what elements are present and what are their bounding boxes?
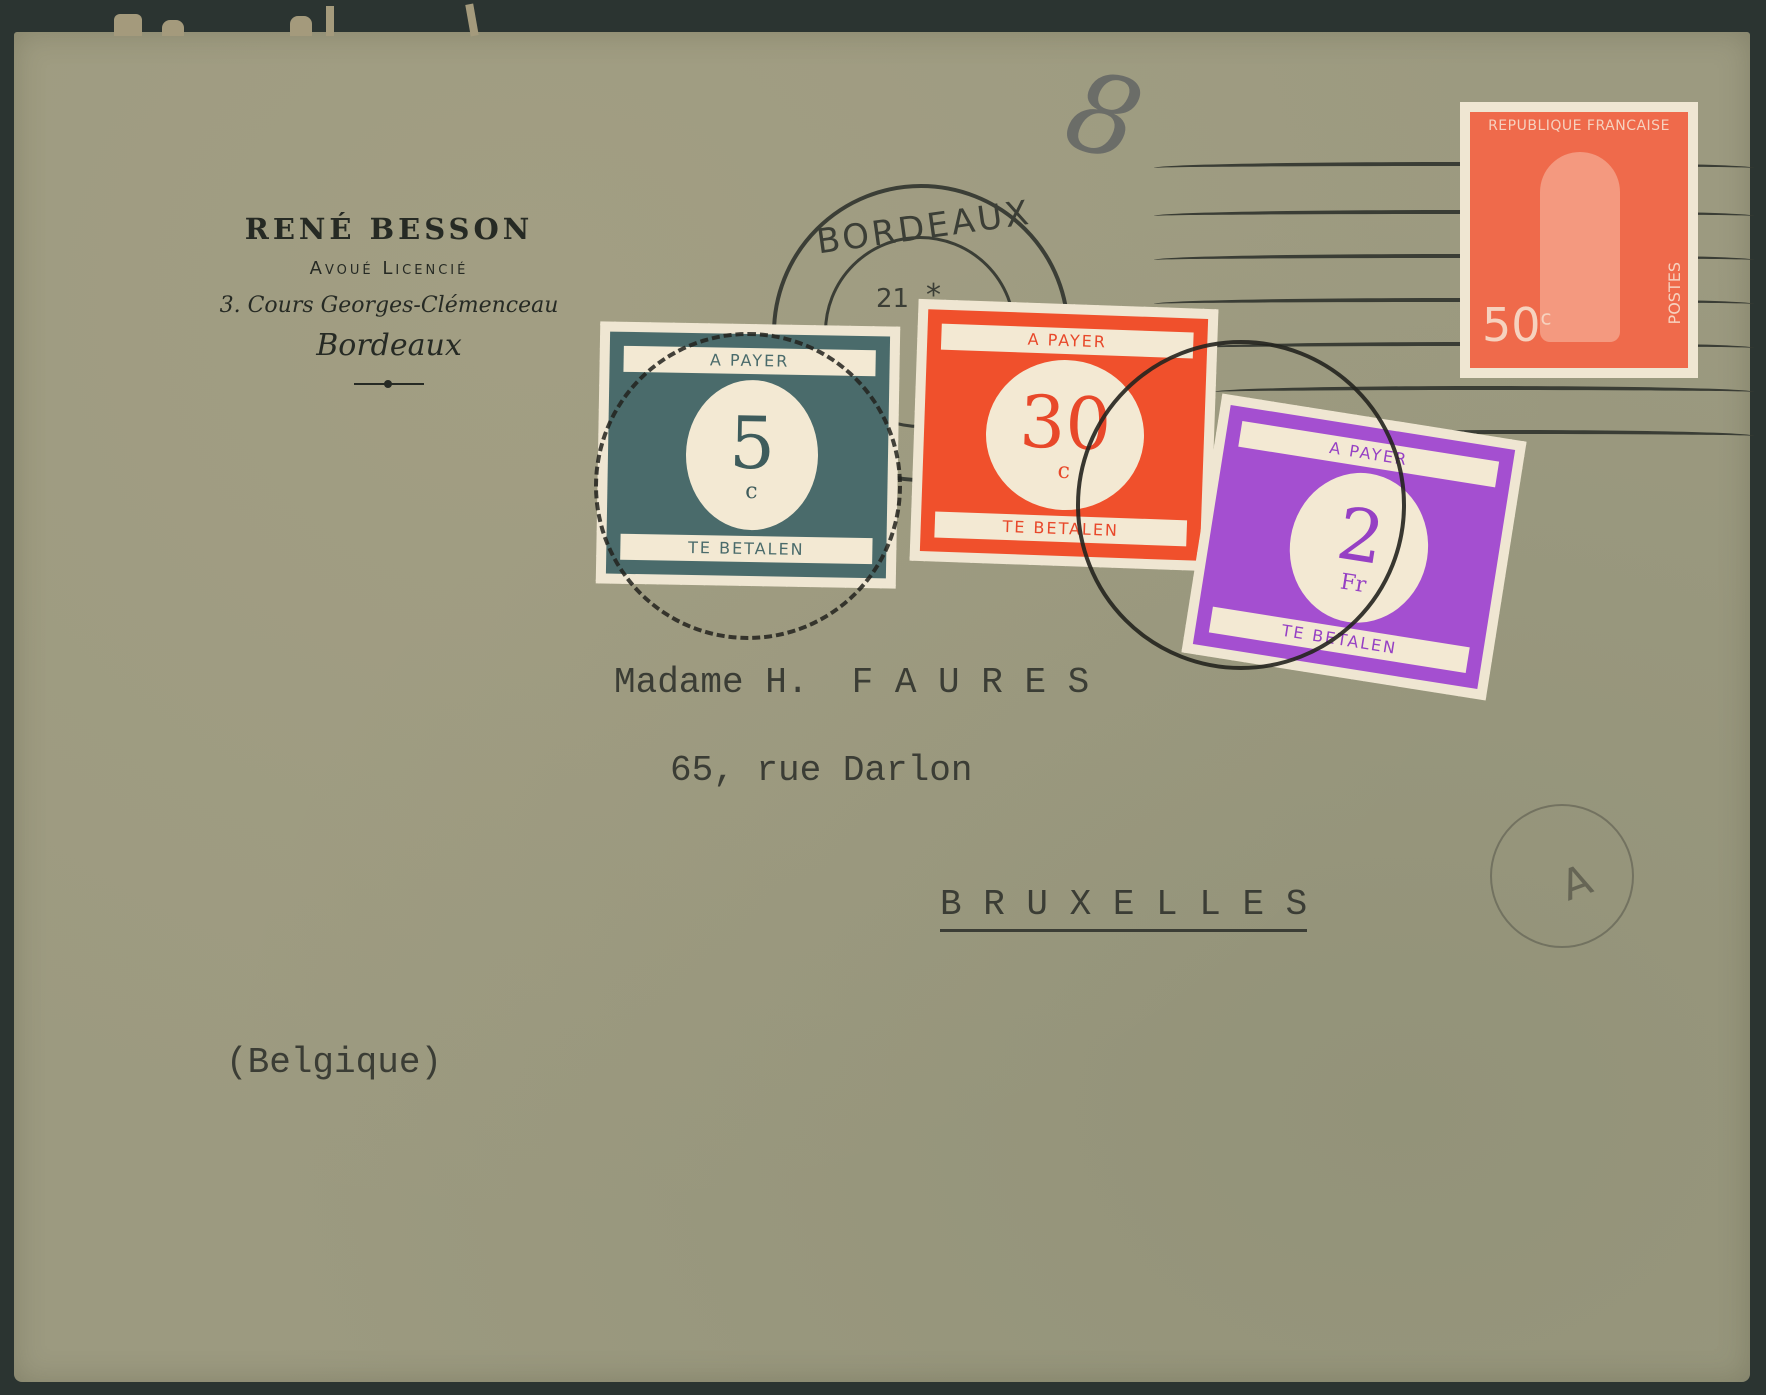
- envelope: RENÉ BESSON Avoué Licencié 3. Cours Geor…: [14, 32, 1750, 1382]
- recipient-street: 65, rue Darlon: [670, 750, 972, 791]
- torn-edge: [162, 20, 184, 36]
- sender-address: 3. Cours Georges-Clémenceau: [164, 293, 614, 318]
- ornament-divider: [354, 383, 424, 385]
- stamp-france-50c: REPUBLIQUE FRANCAISE POSTES 50c: [1460, 102, 1698, 378]
- postmark-day: 21: [876, 284, 909, 314]
- stamp-value: 50c: [1482, 298, 1552, 352]
- recipient-country: (Belgique): [226, 1042, 442, 1083]
- recipient-city: B R U X E L L E S: [940, 884, 1307, 932]
- torn-edge: [465, 4, 478, 37]
- arrival-cancel-right: [1076, 340, 1406, 670]
- recipient-name: Madame H. F A U R E S: [614, 662, 1089, 703]
- sender-name: RENÉ BESSON: [164, 212, 614, 246]
- sower-figure: [1540, 152, 1620, 342]
- stamp-top-text: REPUBLIQUE FRANCAISE: [1476, 118, 1682, 134]
- torn-edge: [114, 14, 142, 36]
- torn-edge: [290, 16, 312, 36]
- sender-title: Avoué Licencié: [164, 258, 614, 279]
- arrival-cancel-left: [594, 332, 902, 640]
- faint-arrival-mark: A: [1490, 804, 1634, 948]
- stamp-top-band: A PAYER: [941, 324, 1194, 359]
- manuscript-mark: 8: [1054, 45, 1155, 187]
- torn-edge: [326, 6, 334, 36]
- sender-city: Bordeaux: [164, 328, 614, 363]
- sender-letterhead: RENÉ BESSON Avoué Licencié 3. Cours Geor…: [164, 212, 614, 385]
- stamp-side-text: POSTES: [1665, 262, 1684, 324]
